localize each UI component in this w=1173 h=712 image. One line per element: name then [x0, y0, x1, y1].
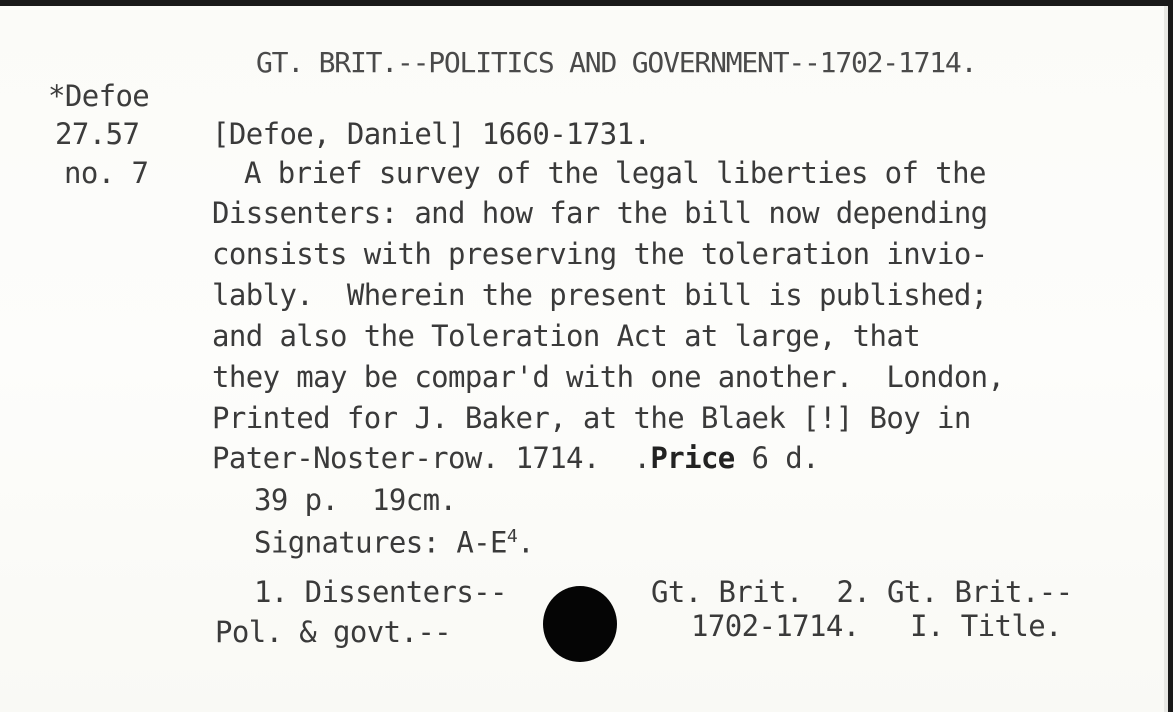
call-number-line-1: *Defoe [48, 82, 149, 111]
title-line: lably. Wherein the present bill is publi… [212, 281, 988, 310]
title-line: they may be compar'd with one another. L… [212, 363, 1004, 392]
price-value: 6 d. [735, 441, 819, 475]
call-number-line-3: no. 7 [64, 159, 148, 188]
catalog-card: GT. BRIT.--POLITICS AND GOVERNMENT--1702… [0, 6, 1168, 712]
imprint-price-line: Pater-Noster-row. 1714. .Price 6 d. [212, 444, 819, 473]
title-line: and also the Toleration Act at large, th… [212, 322, 920, 351]
collation: 39 p. 19cm. [254, 486, 456, 515]
title-line: Printed for J. Baker, at the Blaek [!] B… [212, 404, 971, 433]
tracing-1-left: 1. Dissenters-- [254, 578, 507, 607]
main-entry: [Defoe, Daniel] 1660-1731. [212, 120, 650, 149]
punch-hole [543, 586, 617, 662]
price-label: Price [650, 441, 734, 475]
imprint-end: Pater-Noster-row. 1714. . [212, 441, 650, 475]
tracing-2-right: 1702-1714. I. Title. [691, 612, 1062, 641]
title-line: Dissenters: and how far the bill now dep… [212, 199, 988, 228]
title-line: consists with preserving the toleration … [212, 240, 988, 269]
tracing-1-right: Gt. Brit. 2. Gt. Brit.-- [651, 578, 1073, 607]
signatures: Signatures: A-E4. [254, 528, 534, 558]
tracing-2-left: Pol. & govt.-- [215, 618, 451, 647]
call-number-line-2: 27.57 [55, 120, 139, 149]
subject-heading: GT. BRIT.--POLITICS AND GOVERNMENT--1702… [256, 49, 976, 77]
title-line: A brief survey of the legal liberties of… [244, 159, 986, 188]
